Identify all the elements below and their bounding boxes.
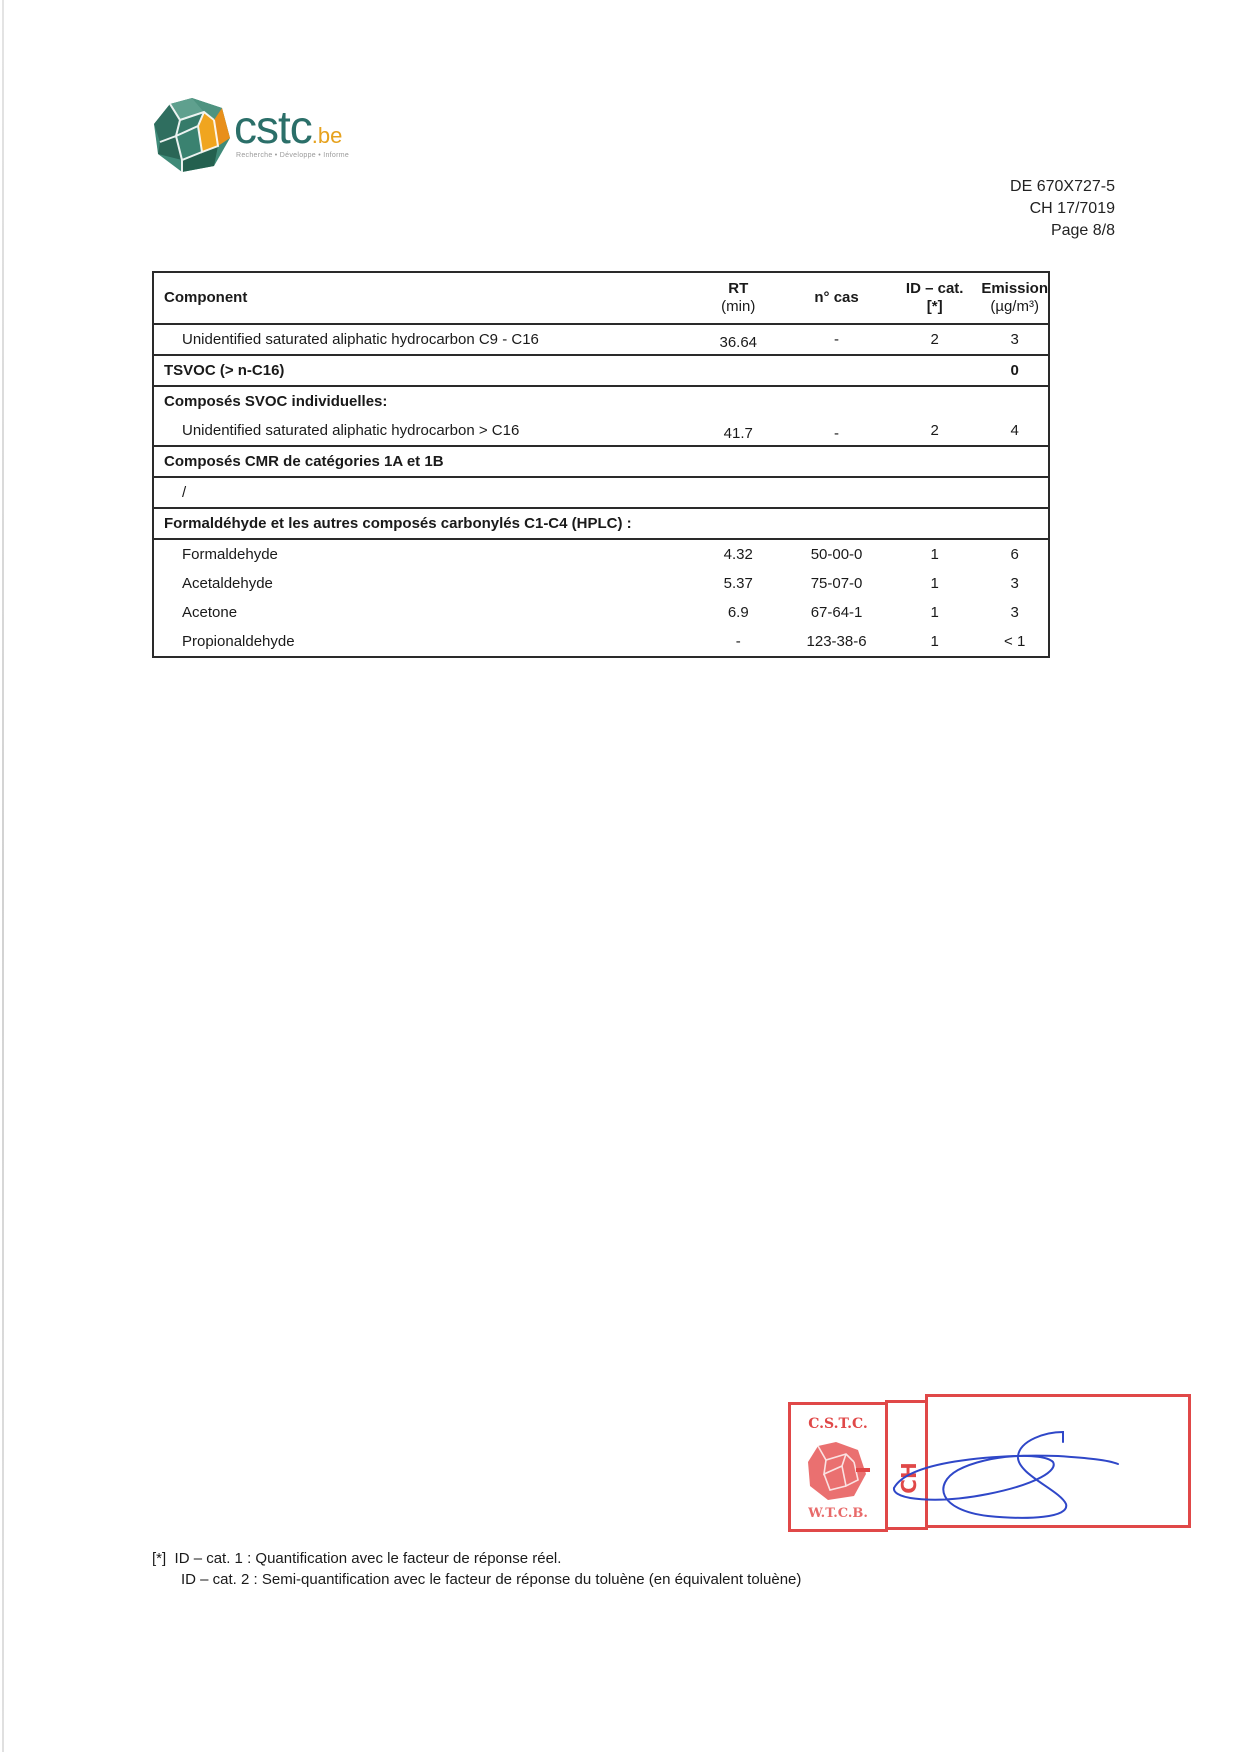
reference-number: DE 670X727-5 xyxy=(1010,176,1115,198)
approval-stamp: C.S.T.C. W.T.C.B. CH xyxy=(788,1392,1188,1534)
header-rt: RT(min) xyxy=(692,272,786,324)
footnote-line-2: ID – cat. 2 : Semi-quantification avec l… xyxy=(152,1569,801,1590)
document-reference: DE 670X727-5 CH 17/7019 Page 8/8 xyxy=(1010,176,1115,242)
footnote: [*] ID – cat. 1 : Quantification avec le… xyxy=(152,1548,801,1590)
dodecahedron-logo-icon xyxy=(152,96,232,174)
table-section-row: Composés CMR de catégories 1A et 1B xyxy=(153,446,1049,477)
logo-tagline: Recherche • Développe • Informe xyxy=(236,152,349,159)
header-component: Component xyxy=(153,272,692,324)
page-number: Page 8/8 xyxy=(1010,220,1115,242)
company-logo: cstc.be Recherche • Développe • Informe xyxy=(152,96,392,176)
table-section-row: Formaldéhyde et les autres composés carb… xyxy=(153,508,1049,539)
table-section-row: Composés SVOC individuelles: xyxy=(153,386,1049,416)
table-section-row: TSVOC (> n-C16) 0 xyxy=(153,355,1049,386)
emission-results-table: Component RT(min) n° cas ID – cat.[*] Em… xyxy=(152,271,1050,658)
table-header-row: Component RT(min) n° cas ID – cat.[*] Em… xyxy=(153,272,1049,324)
table-row: Acetone 6.9 67-64-1 1 3 xyxy=(153,598,1049,627)
table-row: Formaldehyde 4.32 50-00-0 1 6 xyxy=(153,539,1049,569)
case-number: CH 17/7019 xyxy=(1010,198,1115,220)
table-row: Unidentified saturated aliphatic hydroca… xyxy=(153,324,1049,355)
table-row: Propionaldehyde - 123-38-6 1 < 1 xyxy=(153,627,1049,657)
table-row: Unidentified saturated aliphatic hydroca… xyxy=(153,416,1049,446)
logo-tld: .be xyxy=(312,123,343,148)
header-id-cat: ID – cat.[*] xyxy=(888,272,981,324)
table-row: Acetaldehyde 5.37 75-07-0 1 3 xyxy=(153,569,1049,598)
scan-edge xyxy=(2,0,4,1752)
table-row: / xyxy=(153,477,1049,508)
handwritten-signature xyxy=(788,1392,1188,1534)
header-emission: Emission(µg/m³) xyxy=(981,272,1049,324)
header-cas: n° cas xyxy=(785,272,888,324)
footnote-line-1: [*] ID – cat. 1 : Quantification avec le… xyxy=(152,1548,801,1569)
logo-brand-text: cstc.be xyxy=(234,104,342,150)
